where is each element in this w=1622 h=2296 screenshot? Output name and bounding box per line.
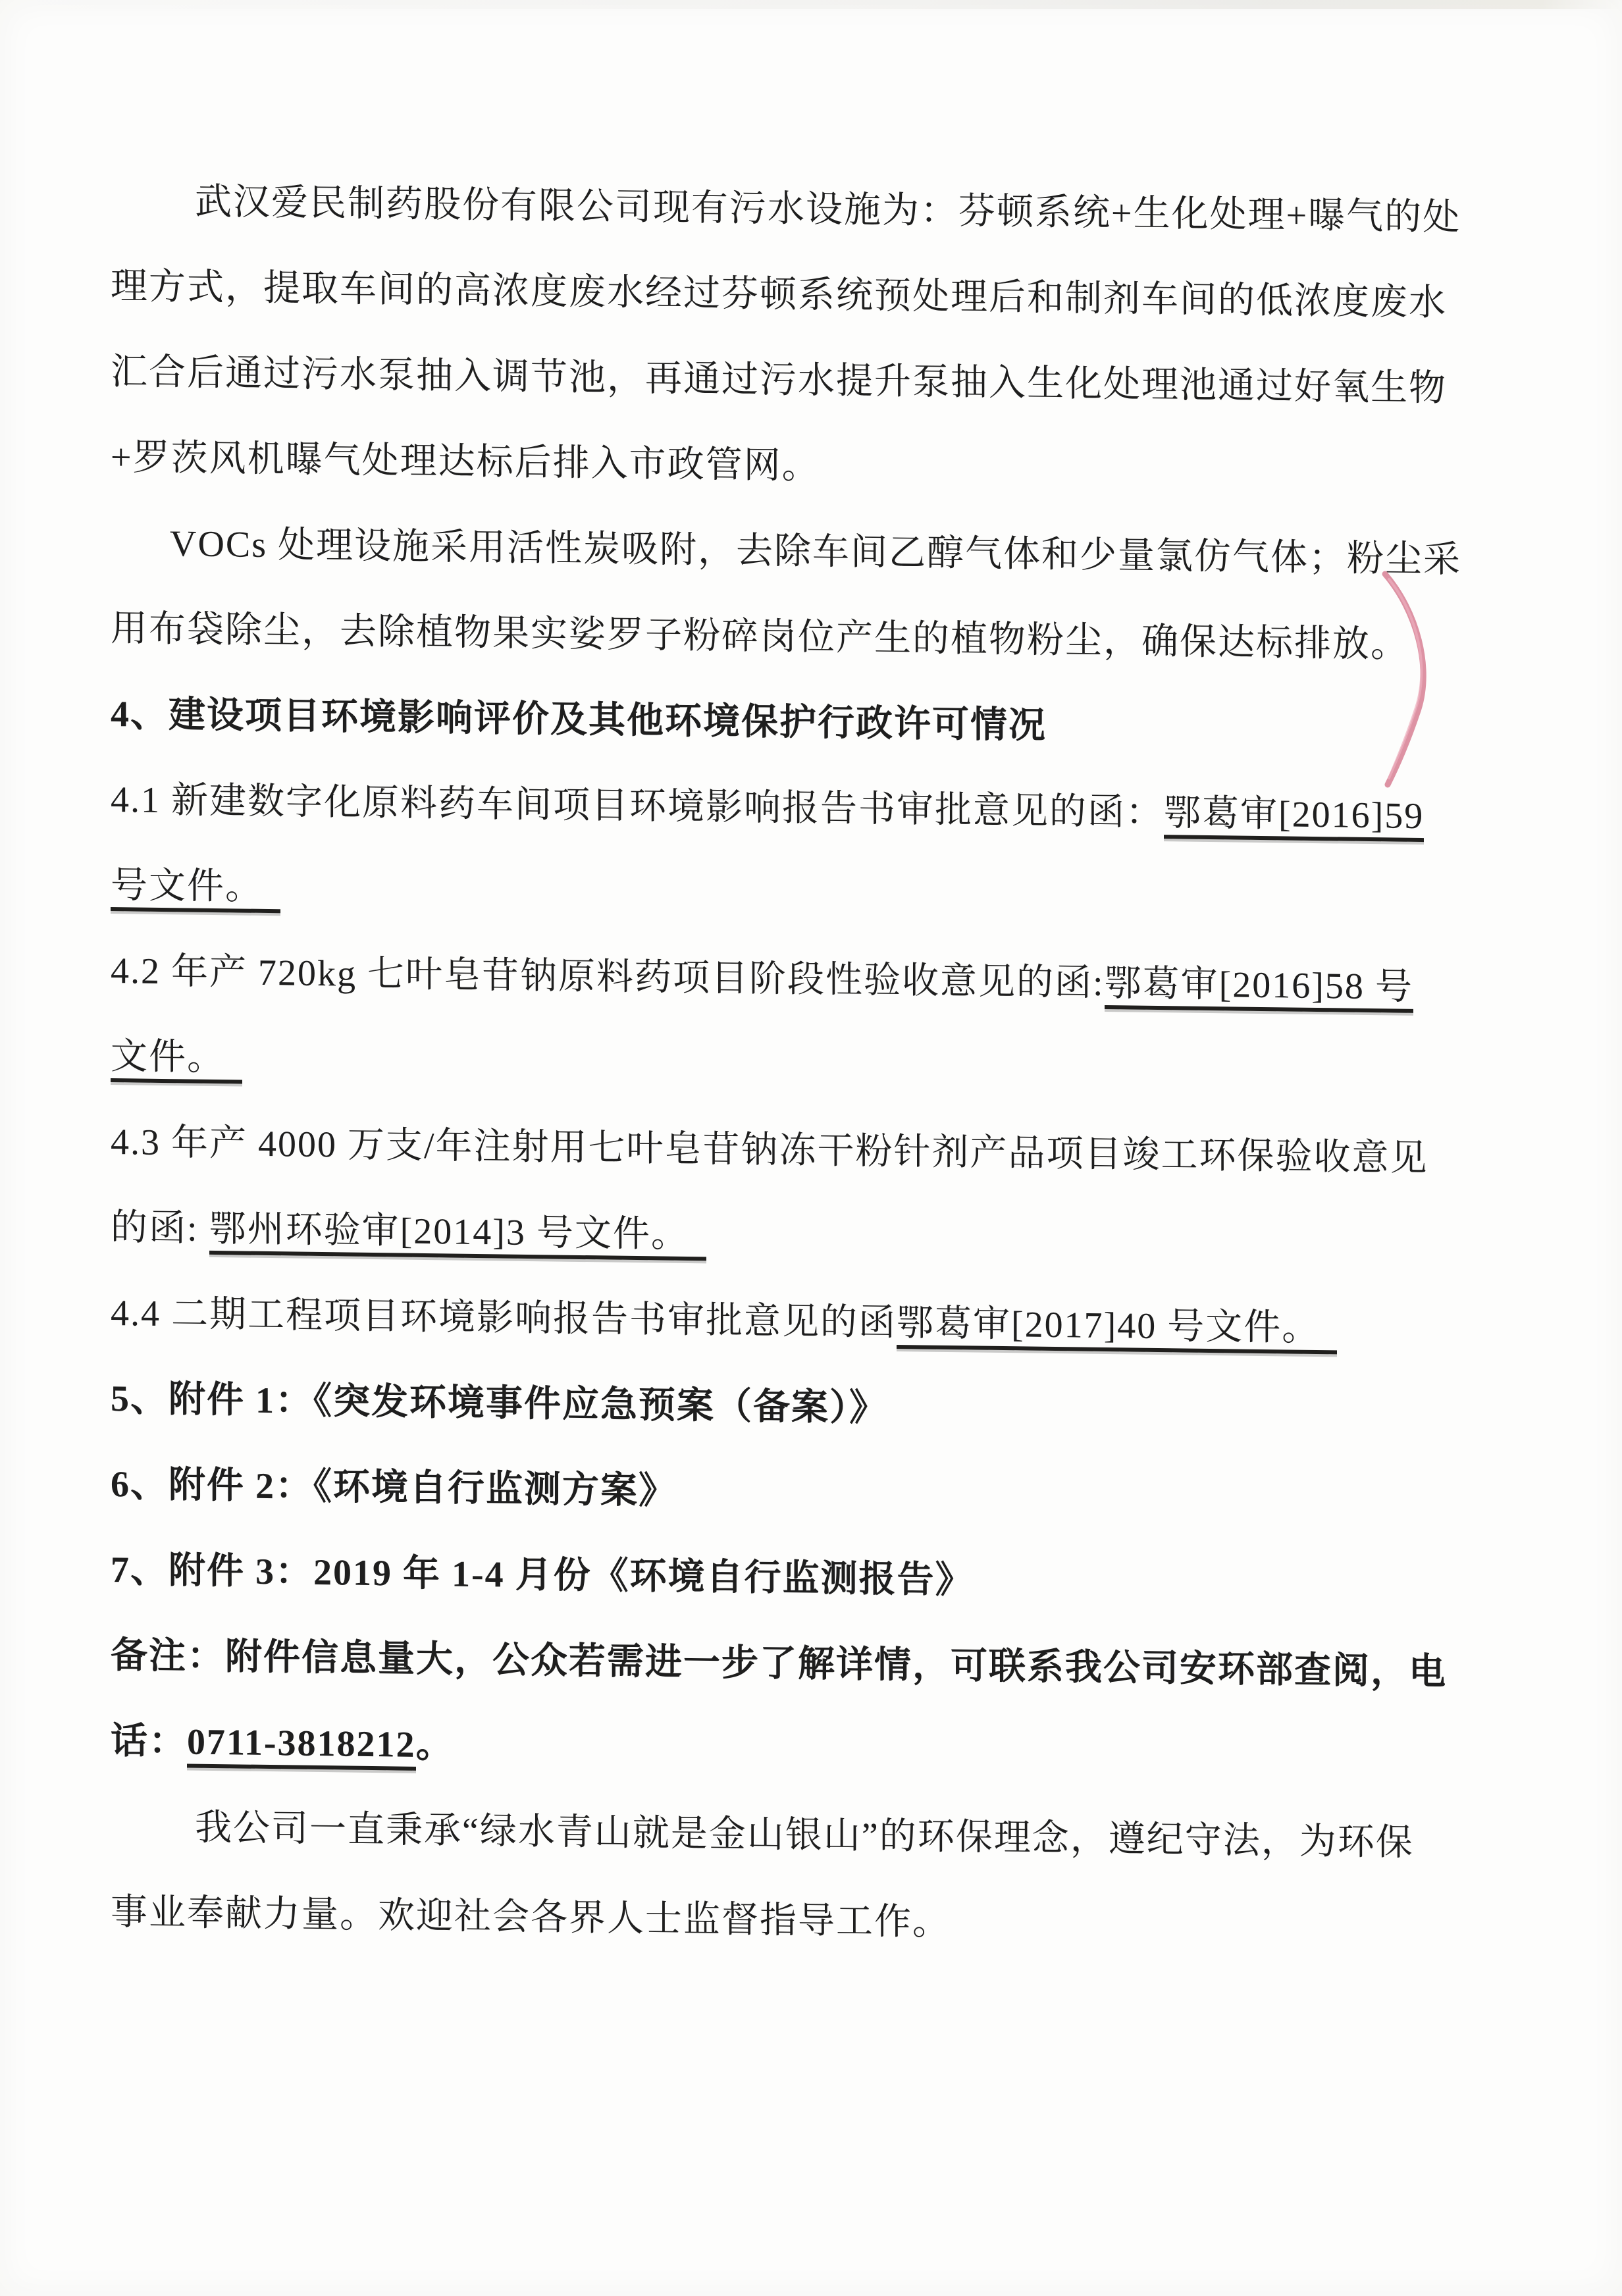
item-4-3-reference-underlined: 鄂州环验审[2014]3 号文件。 <box>209 1209 706 1261</box>
remark-phone-prefix: 话： <box>111 1721 187 1762</box>
phone-number-underlined: 0711-3818212 <box>187 1721 416 1770</box>
remark-phone-suffix: 。 <box>416 1725 454 1766</box>
item-4-4-reference-underlined: 鄂葛审[2017]40 号文件。 <box>897 1303 1337 1354</box>
item-4-2-reference-continuation: 文件。 <box>111 1036 242 1084</box>
item-4-2-reference-underlined: 鄂葛审[2016]58 号 <box>1105 963 1413 1013</box>
item-4-1-reference-continuation: 号文件。 <box>111 865 280 913</box>
document-page: 武汉爱民制药股份有限公司现有污水设施为：芬顿系统+生化处理+曝气的处 理方式，提… <box>0 0 1622 2296</box>
item-4-1-text: 4.1 新建数字化原料药车间项目环境影响报告书审批意见的函： <box>111 779 1164 833</box>
item-4-2-line-1: 4.2 年产 720kg 七叶皂苷钠原料药项目阶段性验收意见的函:鄂葛审[201… <box>111 928 1513 1031</box>
paragraph-closing-line-2: 事业奉献力量。欢迎社会各界人士监督指导工作。 <box>111 1869 1513 1973</box>
document-body: 武汉爱民制药股份有限公司现有污水设施为：芬顿系统+生化处理+曝气的处 理方式，提… <box>111 158 1513 1973</box>
item-4-3-text: 的函: <box>111 1207 209 1249</box>
item-4-1-line-1: 4.1 新建数字化原料药车间项目环境影响报告书审批意见的函：鄂葛审[2016]5… <box>111 757 1513 860</box>
item-4-2-text: 4.2 年产 720kg 七叶皂苷钠原料药项目阶段性验收意见的函: <box>111 951 1105 1004</box>
scan-edge-artifact <box>0 0 1622 9</box>
item-4-4-text: 4.4 二期工程项目环境影响报告书审批意见的函 <box>111 1293 897 1344</box>
item-4-1-reference-underlined: 鄂葛审[2016]59 <box>1164 793 1424 842</box>
